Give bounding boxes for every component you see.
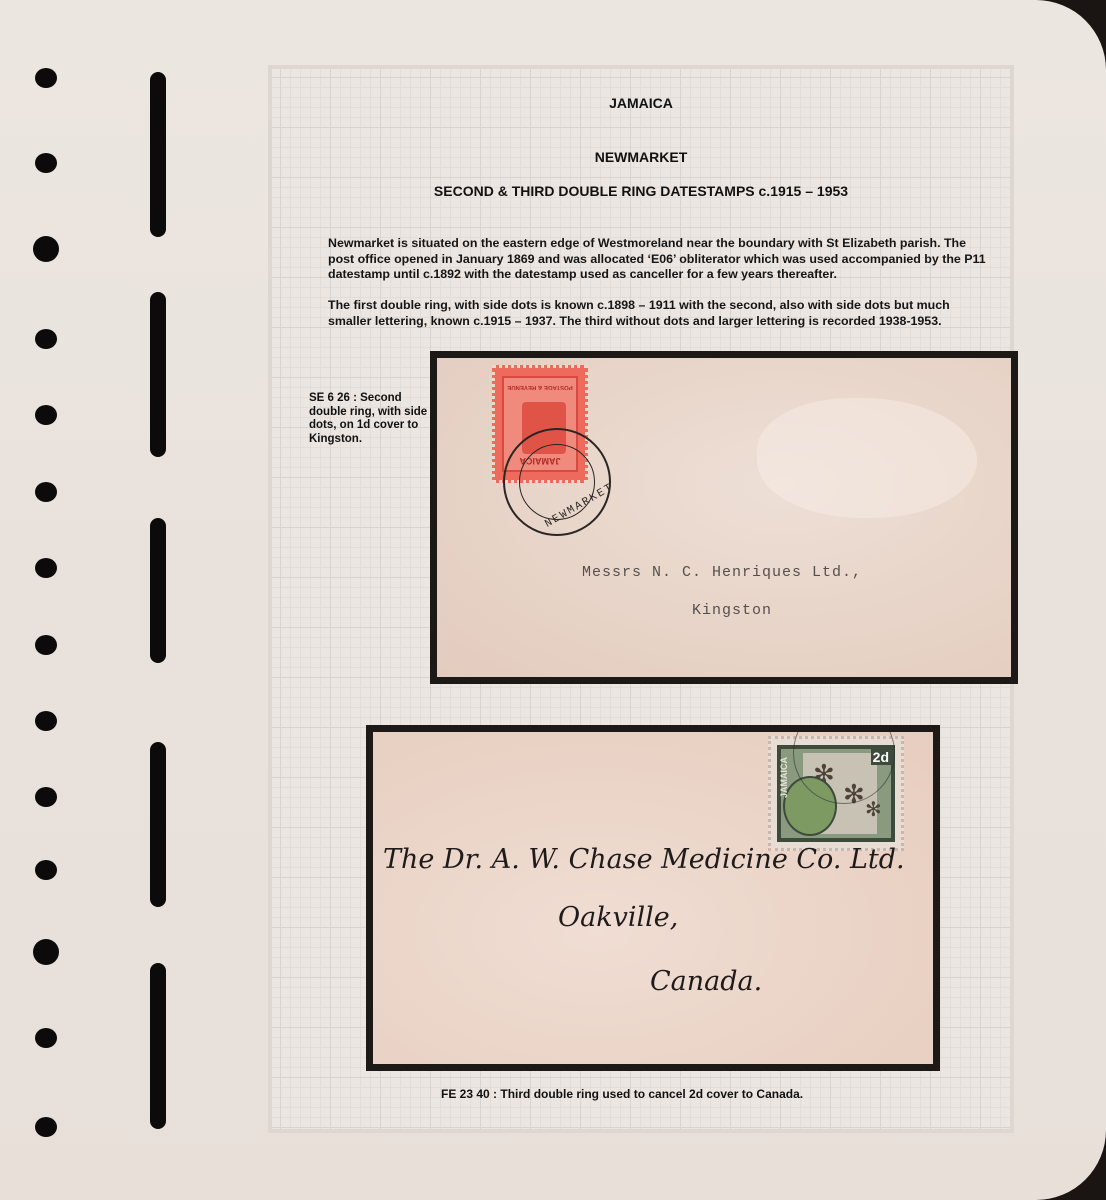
punch-hole-icon <box>33 236 59 262</box>
exhibit-leaf: JAMAICA NEWMARKET SECOND & THIRD DOUBLE … <box>268 65 1014 1133</box>
stamp-label: POSTAGE & REVENUE <box>504 384 576 390</box>
punch-hole-icon <box>35 153 57 173</box>
cover-mount: POSTAGE & REVENUE JAMAICA NEWMARKET Mess… <box>430 351 1018 684</box>
cover-caption: FE 23 40 : Third double ring used to can… <box>441 1088 861 1102</box>
punch-hole-icon <box>35 860 57 880</box>
address-line: The Dr. A. W. Chase Medicine Co. Ltd. <box>383 844 905 875</box>
punch-hole-icon <box>35 787 57 807</box>
album-page: JAMAICA NEWMARKET SECOND & THIRD DOUBLE … <box>0 0 1106 1200</box>
punch-hole-icon <box>35 482 57 502</box>
binder-slot-icon <box>150 72 166 237</box>
punch-hole-icon <box>35 1117 57 1137</box>
stamp-country: JAMAICA <box>779 757 789 798</box>
page-town-title: NEWMARKET <box>272 149 1010 165</box>
address-line: Oakville, <box>558 902 678 933</box>
address-line: Kingston <box>692 602 772 619</box>
punch-hole-icon <box>35 711 57 731</box>
cover-canada: ✻ ✻ ✻ JAMAICA 2d The Dr. A. W. Chase Med… <box>373 732 933 1064</box>
binder-slot-icon <box>150 963 166 1129</box>
binder-slot-icon <box>150 742 166 907</box>
punch-hole-icon <box>35 329 57 349</box>
punch-hole-icon <box>35 68 57 88</box>
binder-slot-icon <box>150 292 166 457</box>
cover-mount: ✻ ✻ ✻ JAMAICA 2d The Dr. A. W. Chase Med… <box>366 725 940 1071</box>
punch-hole-icon <box>35 635 57 655</box>
palm-tree-icon: ✻ <box>865 797 882 822</box>
punch-hole-icon <box>35 1028 57 1048</box>
cover-kingston: POSTAGE & REVENUE JAMAICA NEWMARKET Mess… <box>437 358 1011 677</box>
cover-caption: SE 6 26 : Second double ring, with side … <box>309 392 429 446</box>
punch-hole-icon <box>35 558 57 578</box>
intro-paragraph: The first double ring, with side dots is… <box>328 298 988 329</box>
paper-stain <box>757 398 977 518</box>
intro-paragraph: Newmarket is situated on the eastern edg… <box>328 236 988 283</box>
page-country-title: JAMAICA <box>272 95 1010 111</box>
address-line: Messrs N. C. Henriques Ltd., <box>582 564 862 581</box>
address-line: Canada. <box>650 966 762 997</box>
punch-hole-icon <box>33 939 59 965</box>
binder-slot-icon <box>150 518 166 663</box>
punch-hole-icon <box>35 405 57 425</box>
page-subject-title: SECOND & THIRD DOUBLE RING DATESTAMPS c.… <box>272 183 1010 199</box>
